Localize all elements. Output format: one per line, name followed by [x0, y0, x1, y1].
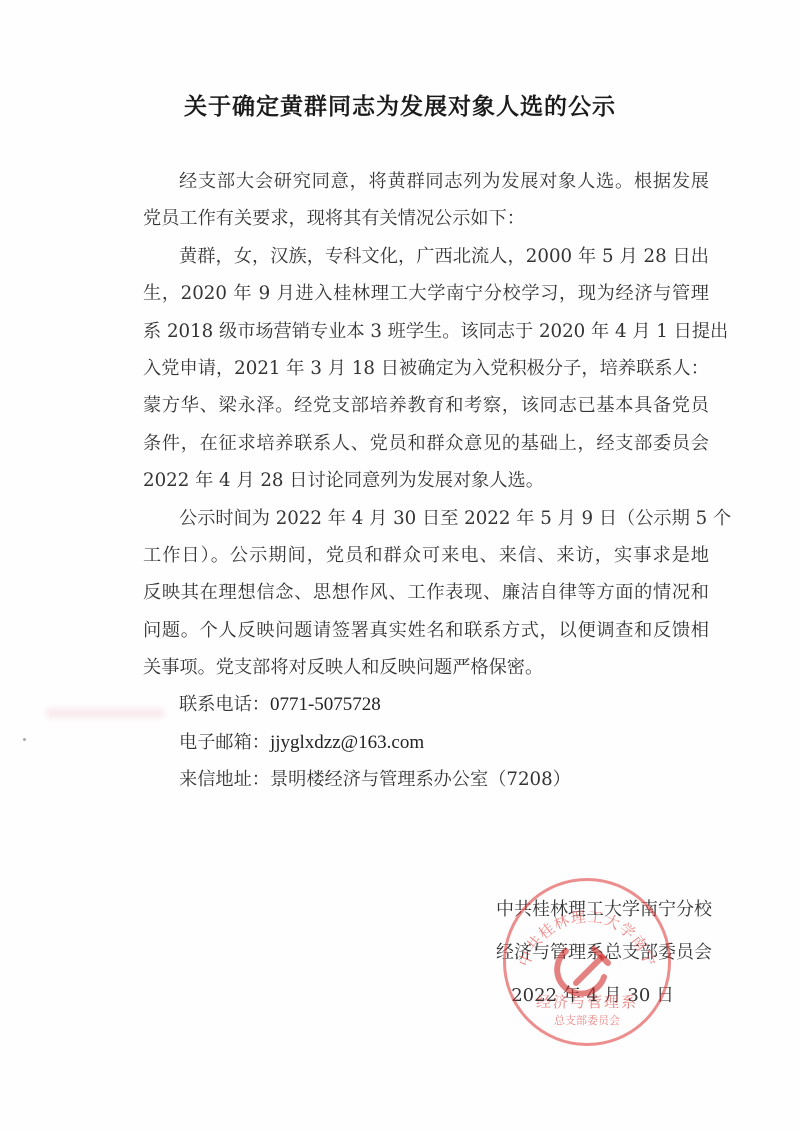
document-page: 关于确定黄群同志为发展对象人选的公示 经支部大会研究同意，将黄群同志列为发展对象… [0, 0, 800, 1131]
paragraph-2-line-4: 入党申请，2021 年 3 月 18 日被确定为入党积极分子，培养联系人： [143, 350, 709, 387]
contact-phone: 联系电话：0771-5075728 [143, 686, 709, 723]
document-title: 关于确定黄群同志为发展对象人选的公示 [0, 88, 800, 121]
paragraph-3-line-3: 反映其在理想信念、思想作风、工作表现、廉洁自律等方面的情况和 [143, 574, 709, 611]
paragraph-3-line-2: 工作日）。公示期间，党员和群众可来电、来信、来访，实事求是地 [143, 537, 709, 574]
document-body: 经支部大会研究同意，将黄群同志列为发展对象人选。根据发展 党员工作有关要求，现将… [143, 163, 709, 799]
signature-block: 中共桂林理工大学南宁分校 经济与管理系总支部委员会 2022 年 4 月 30 … [452, 888, 712, 1017]
paragraph-2-line-3: 系 2018 级市场营销专业本 3 班学生。该同志于 2020 年 4 月 1 … [143, 313, 709, 350]
scan-speck [23, 738, 26, 741]
contact-email: 电子邮箱：jjyglxdzz@163.com [143, 724, 709, 761]
paragraph-2-line-2: 生，2020 年 9 月进入桂林理工大学南宁分校学习，现为经济与管理 [143, 275, 709, 312]
paragraph-3-line-5: 关事项。党支部将对反映人和反映问题严格保密。 [143, 649, 709, 686]
contact-address-value: 景明楼经济与管理系办公室（7208） [270, 769, 571, 790]
contact-phone-value: 0771-5075728 [270, 694, 381, 715]
contact-address: 来信地址：景明楼经济与管理系办公室（7208） [143, 761, 709, 798]
paragraph-2-line-5: 蒙方华、梁永泽。经党支部培养教育和考察，该同志已基本具备党员 [143, 387, 709, 424]
paragraph-1-line-1: 经支部大会研究同意，将黄群同志列为发展对象人选。根据发展 [143, 163, 709, 200]
paragraph-2-line-1: 黄群，女，汉族，专科文化，广西北流人，2000 年 5 月 28 日出 [143, 238, 709, 275]
paragraph-3-line-4: 问题。个人反映问题请签署真实姓名和联系方式，以便调查和反馈相 [143, 612, 709, 649]
contact-phone-label: 联系电话： [179, 694, 270, 715]
contact-address-label: 来信地址： [179, 769, 270, 790]
signature-org-line-2: 经济与管理系总支部委员会 [452, 931, 712, 974]
paragraph-1-line-2: 党员工作有关要求，现将其有关情况公示如下： [143, 200, 709, 237]
signature-org-line-1: 中共桂林理工大学南宁分校 [452, 888, 712, 931]
paragraph-2-line-7: 2022 年 4 月 28 日讨论同意列为发展对象人选。 [143, 462, 709, 499]
contact-email-label: 电子邮箱： [179, 732, 270, 753]
signature-date: 2022 年 4 月 30 日 [452, 974, 712, 1017]
contact-email-value: jjyglxdzz@163.com [270, 732, 424, 753]
paragraph-3-line-1: 公示时间为 2022 年 4 月 30 日至 2022 年 5 月 9 日（公示… [143, 500, 709, 537]
paragraph-2-line-6: 条件，在征求培养联系人、党员和群众意见的基础上，经支部委员会 [143, 425, 709, 462]
